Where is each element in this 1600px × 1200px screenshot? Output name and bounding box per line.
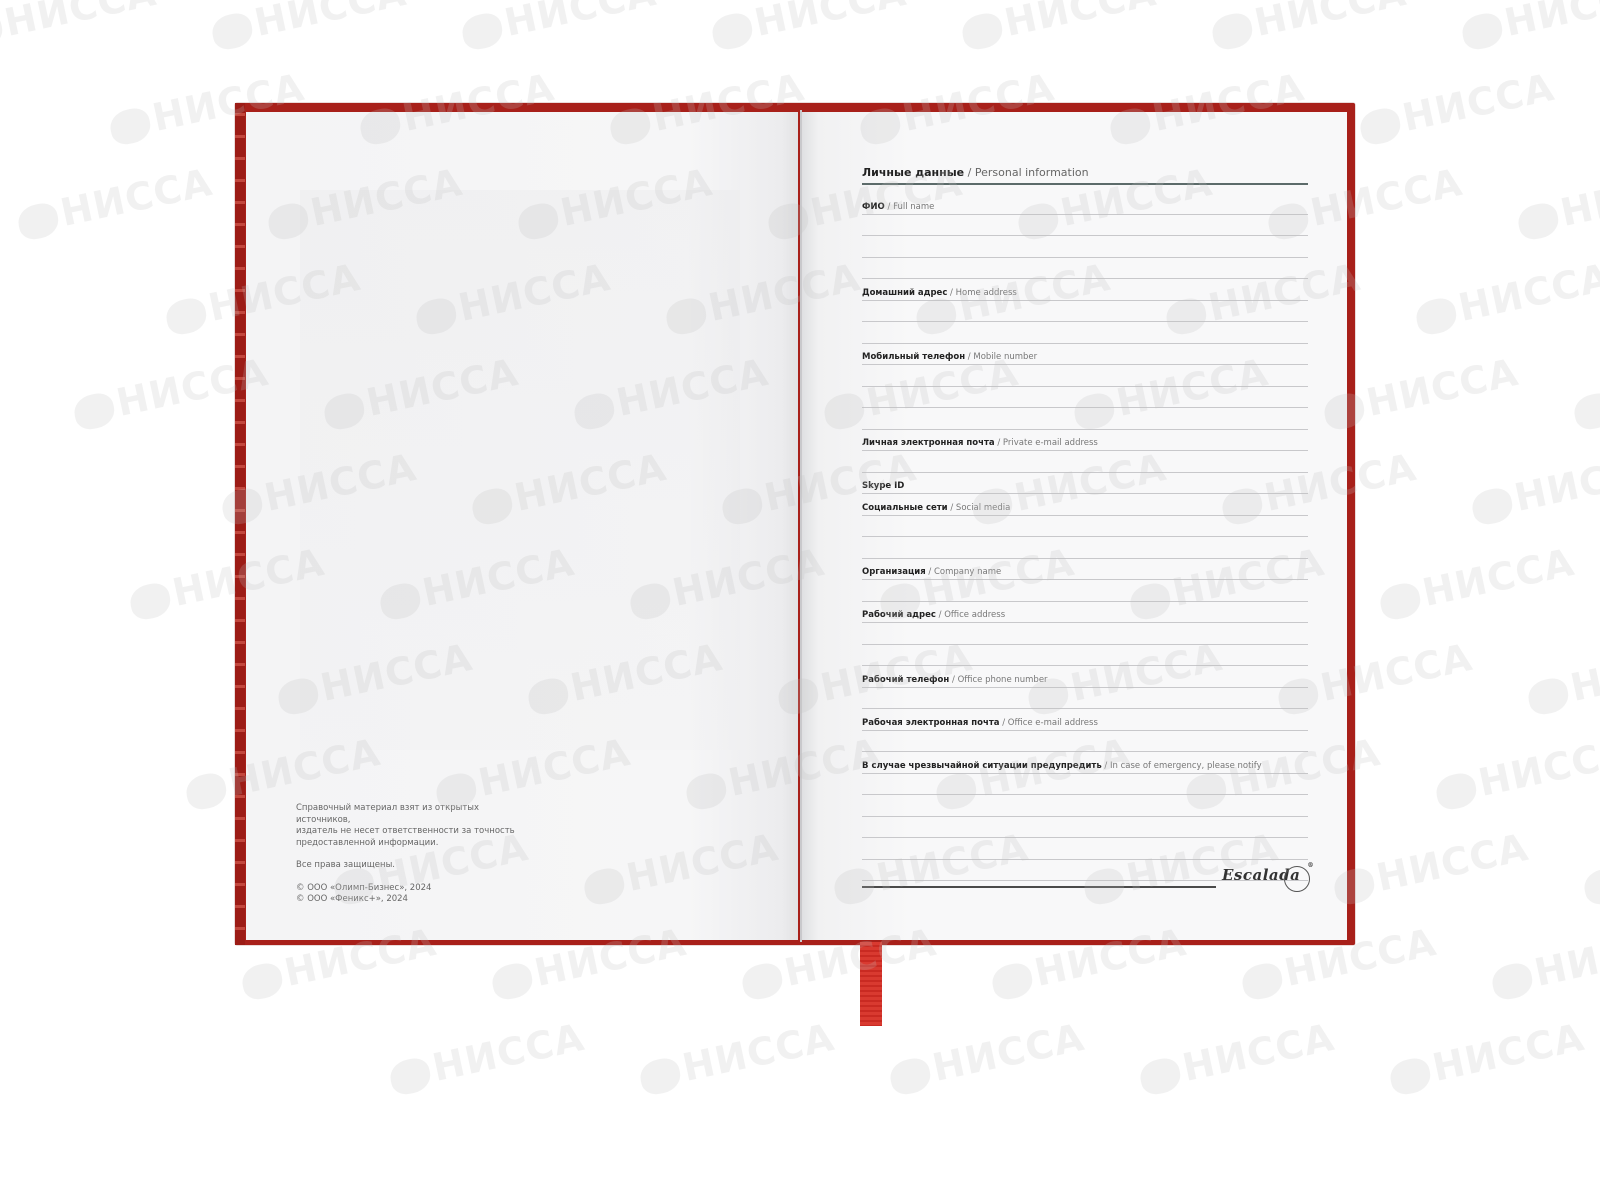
writing-line[interactable]: [862, 645, 1308, 667]
watermark: НИССА: [708, 0, 911, 54]
fenix-logo-icon: [1571, 390, 1600, 432]
fenix-logo-icon: [239, 960, 285, 1002]
watermark: НИССА: [458, 0, 661, 54]
form-field[interactable]: В случае чрезвычайной ситуации предупред…: [862, 752, 1308, 774]
writing-line[interactable]: [862, 322, 1308, 344]
ribbon-bookmark[interactable]: [860, 942, 882, 1026]
rights-text: Все права защищены.: [296, 860, 536, 872]
fenix-logo-icon: [15, 200, 61, 242]
fenix-logo-icon: [1433, 770, 1479, 812]
watermark: НИССА: [0, 0, 160, 54]
fenix-logo-icon: [1137, 1055, 1183, 1097]
field-label: Рабочий телефон / Office phone number: [862, 675, 1048, 685]
field-label: Рабочая электронная почта / Office e-mai…: [862, 718, 1098, 728]
fenix-logo-icon: [1469, 485, 1515, 527]
imprint-line: Справочный материал взят из открытых ист…: [296, 803, 536, 826]
watermark: НИССА: [1488, 920, 1600, 1004]
imprint-line: издатель не несет ответственности за точ…: [296, 826, 536, 838]
brand-ring-icon: [1284, 866, 1310, 892]
writing-line[interactable]: [862, 688, 1308, 710]
form-fields: ФИО / Full nameДомашний адрес / Home add…: [862, 193, 1308, 881]
writing-line[interactable]: [862, 516, 1308, 538]
fenix-logo-icon: [489, 960, 535, 1002]
form-field[interactable]: Социальные сети / Social media: [862, 494, 1308, 516]
cover-edge: [235, 103, 245, 945]
fenix-logo-icon: [163, 295, 209, 337]
fenix-logo-icon: [1357, 105, 1403, 147]
brand-logo: Escalada ®: [1222, 866, 1308, 894]
fenix-logo-icon: [1525, 675, 1571, 717]
watermark: НИССА: [1514, 160, 1600, 244]
fenix-logo-icon: [1459, 10, 1505, 52]
writing-line[interactable]: [862, 731, 1308, 753]
field-label: Организация / Company name: [862, 567, 1001, 577]
field-label: ФИО / Full name: [862, 202, 934, 212]
watermark: НИССА: [636, 1015, 839, 1099]
watermark: НИССА: [1432, 730, 1600, 814]
writing-line[interactable]: [862, 408, 1308, 430]
form-title: Личные данные / Personal information: [862, 166, 1308, 185]
field-label: Skype ID: [862, 481, 904, 491]
watermark: НИССА: [1570, 350, 1600, 434]
fenix-logo-icon: [1387, 1055, 1433, 1097]
field-label: Мобильный телефон / Mobile number: [862, 352, 1037, 362]
watermark: НИССА: [1412, 255, 1600, 339]
field-label: Домашний адрес / Home address: [862, 288, 1017, 298]
fenix-logo-icon: [183, 770, 229, 812]
writing-line[interactable]: [862, 451, 1308, 473]
field-label: В случае чрезвычайной ситуации предупред…: [862, 761, 1262, 771]
fenix-logo-icon: [459, 10, 505, 52]
form-field[interactable]: Рабочая электронная почта / Office e-mai…: [862, 709, 1308, 731]
field-label: Рабочий адрес / Office address: [862, 610, 1005, 620]
fenix-logo-icon: [1489, 960, 1535, 1002]
field-label: Личная электронная почта / Private e-mai…: [862, 438, 1098, 448]
watermark: НИССА: [14, 160, 217, 244]
writing-line[interactable]: [862, 236, 1308, 258]
fenix-logo-icon: [739, 960, 785, 1002]
watermark: НИССА: [1136, 1015, 1339, 1099]
form-field[interactable]: Домашний адрес / Home address: [862, 279, 1308, 301]
fenix-logo-icon: [127, 580, 173, 622]
fenix-logo-icon: [637, 1055, 683, 1097]
form-field[interactable]: Рабочий адрес / Office address: [862, 602, 1308, 624]
fenix-logo-icon: [1581, 865, 1600, 907]
fenix-logo-icon: [887, 1055, 933, 1097]
writing-line[interactable]: [862, 301, 1308, 323]
watermark: НИССА: [1330, 825, 1533, 909]
writing-line[interactable]: [862, 387, 1308, 409]
watermark: НИССА: [1468, 445, 1600, 529]
watermark: НИССА: [1524, 635, 1600, 719]
fenix-logo-icon: [1515, 200, 1561, 242]
watermark: НИССА: [208, 0, 411, 54]
watermark: НИССА: [886, 1015, 1089, 1099]
form-title-en: Personal information: [975, 166, 1089, 179]
copyright-line: © ООО «Олимп-Бизнес», 2024: [296, 883, 536, 895]
spine: [800, 110, 802, 942]
imprint-line: предоставленной информации.: [296, 838, 536, 850]
fenix-logo-icon: [387, 1055, 433, 1097]
field-label: Социальные сети / Social media: [862, 503, 1010, 513]
form-field[interactable]: Мобильный телефон / Mobile number: [862, 344, 1308, 366]
fenix-logo-icon: [71, 390, 117, 432]
writing-line[interactable]: [862, 838, 1308, 860]
writing-line[interactable]: [862, 580, 1308, 602]
fenix-logo-icon: [1239, 960, 1285, 1002]
watermark: НИССА: [958, 0, 1161, 54]
fenix-logo-icon: [1209, 10, 1255, 52]
watermark: НИССА: [1356, 65, 1559, 149]
form-title-ru: Личные данные: [862, 166, 964, 179]
fenix-logo-icon: [1377, 580, 1423, 622]
watermark: НИССА: [1386, 1015, 1589, 1099]
watermark: НИССА: [386, 1015, 589, 1099]
form-field[interactable]: Рабочий телефон / Office phone number: [862, 666, 1308, 688]
watermark: НИССА: [1458, 0, 1600, 54]
watermark: НИССА: [1580, 825, 1600, 909]
writing-line[interactable]: [862, 365, 1308, 387]
watermark: НИССА: [1376, 540, 1579, 624]
registered-mark-icon: ®: [1308, 862, 1315, 869]
writing-line[interactable]: [862, 537, 1308, 559]
fenix-logo-icon: [709, 10, 755, 52]
imprint-block: Справочный материал взят из открытых ист…: [296, 803, 536, 906]
writing-line[interactable]: [862, 215, 1308, 237]
signature-line: [862, 886, 1216, 888]
fenix-logo-icon: [959, 10, 1005, 52]
fenix-logo-icon: [989, 960, 1035, 1002]
form-field[interactable]: ФИО / Full name: [862, 193, 1308, 215]
writing-line[interactable]: [862, 817, 1308, 839]
copyright-line: © ООО «Феникс+», 2024: [296, 894, 536, 906]
form-field[interactable]: Skype ID: [862, 473, 1308, 495]
fenix-logo-icon: [209, 10, 255, 52]
fenix-logo-icon: [107, 105, 153, 147]
writing-line[interactable]: [862, 774, 1308, 796]
watermark: НИССА: [1208, 0, 1411, 54]
writing-line[interactable]: [862, 795, 1308, 817]
fenix-logo-icon: [0, 10, 5, 52]
fenix-logo-icon: [1413, 295, 1459, 337]
form-field[interactable]: Организация / Company name: [862, 559, 1308, 581]
writing-line[interactable]: [862, 623, 1308, 645]
personal-info-form: Личные данные / Personal information ФИО…: [862, 166, 1308, 881]
left-page-showthrough: [300, 190, 740, 750]
form-field[interactable]: Личная электронная почта / Private e-mai…: [862, 430, 1308, 452]
writing-line[interactable]: [862, 258, 1308, 280]
